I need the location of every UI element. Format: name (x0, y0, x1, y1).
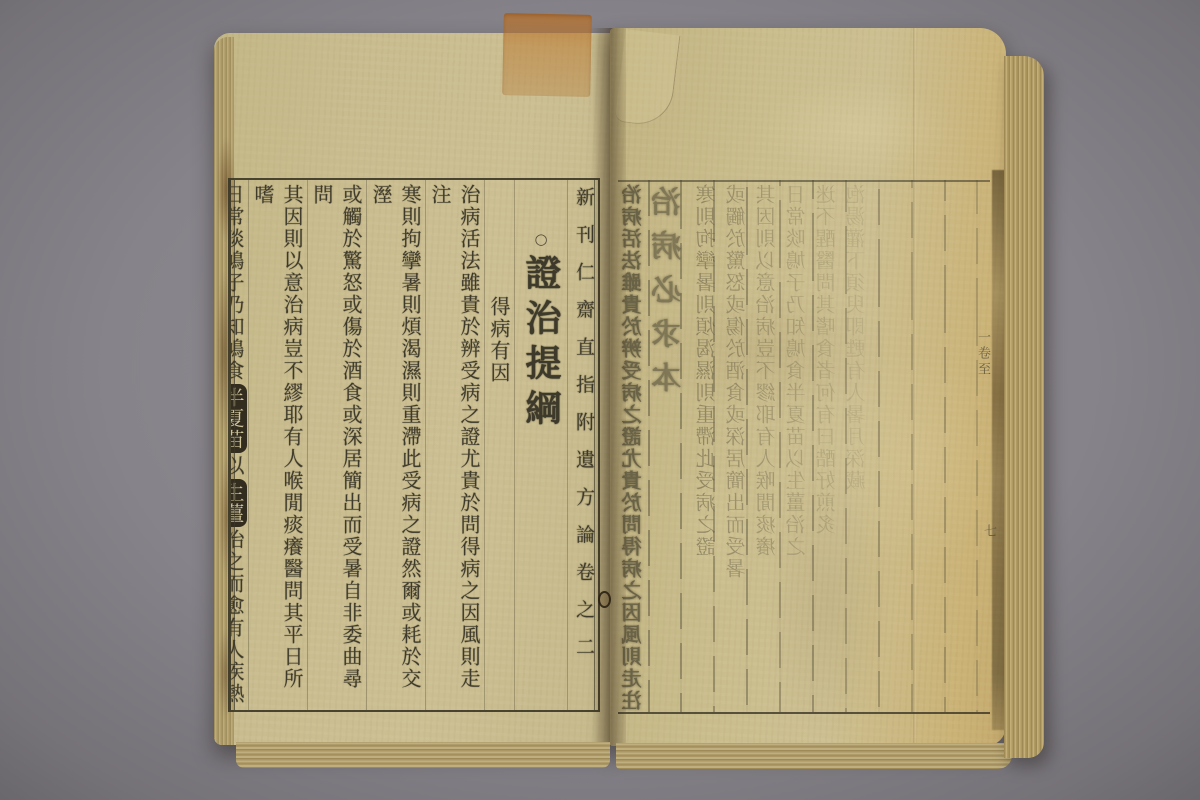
showthrough-column: 或觸於驚怒或傷於酒食或深居簡出而受暑 (722, 180, 752, 712)
column-rule-line (911, 180, 913, 712)
drug-name-cartouche: 半夏苗 (228, 384, 247, 453)
column-text: 以 (228, 455, 245, 477)
showthrough-columns: 治病活法雖貴於辨受病之證尤貴於問得病之因風則走注治病必求本寒則拘攣暑則煩渴濕則重… (618, 180, 872, 712)
section-circle-mark: ○ (532, 230, 550, 254)
column-rule-line (845, 180, 847, 712)
column-rule-line (680, 180, 682, 712)
paper-texture (610, 28, 1006, 746)
text-column: 或觸於驚怒或傷於酒食或深居簡出而受暑自非委曲尋問 (307, 180, 366, 710)
showthrough-column: 寒則拘攣暑則煩渴濕則重滯此受病之證 (692, 180, 722, 712)
column-text: 得病有因 (487, 296, 511, 384)
showthrough-column: 迷不醒醫問其嗜食者何有曰酷好煎炙 (812, 180, 842, 712)
subsection-header-column: 得病有因 (484, 180, 514, 710)
binding-stitch-hole (598, 591, 611, 608)
repair-tape-strip (502, 13, 592, 97)
text-column: 其因則以意治病豈不繆耶有人喉閒痰癢醫問其平日所嗜 (248, 180, 307, 710)
chapter-title-column: 新刊仁齋直指附遺方論卷之二 (567, 180, 598, 710)
text-column: 日常啖鳩子乃知鳩食半夏苗以生薑治之而愈有人疾熱昏 (228, 180, 248, 710)
column-text: 日常啖鳩子乃知鳩食 (228, 184, 245, 382)
left-page: 新刊仁齋直指附遺方論卷之二 ○證治提綱 得病有因治病活法雖貴於辨受病之證尤貴於問… (214, 33, 612, 745)
bottom-edge-page-stack-right (616, 743, 1012, 769)
paper-tear (615, 29, 681, 128)
right-page: 治病活法雖貴於辨受病之證尤貴於問得病之因風則走注治病必求本寒則拘攣暑則煩渴濕則重… (610, 28, 1006, 746)
column-text: 寒則拘攣暑則煩渴濕則重滯此受病之證然爾或耗於交溼 (369, 184, 422, 690)
column-rule-line (746, 180, 748, 712)
showthrough-column: 治病活法雖貴於辨受病之證尤貴於問得病之因風則走注 (618, 180, 648, 712)
column-rule-line (944, 180, 946, 712)
column-rule-line (812, 180, 814, 712)
text-column: 寒則拘攣暑則煩渴濕則重滯此受病之證然爾或耗於交溼 (366, 180, 425, 710)
showthrough-frame-bottom-line (618, 712, 990, 714)
fore-edge-volume-label: 一卷至 (973, 330, 992, 378)
bottom-edge-page-stack-left (236, 742, 610, 768)
paper-crumple-texture (610, 28, 1006, 746)
column-text: 治病活法雖貴於辨受病之證尤貴於問得病之因風則走注 (428, 184, 481, 690)
drug-name-cartouche: 生薑 (228, 479, 247, 527)
column-text: 或觸於驚怒或傷於酒食或深居簡出而受暑自非委曲尋問 (310, 184, 363, 690)
showthrough-column: 其因則以意治病豈不繆耶有人喉閒痰癢 (752, 180, 782, 712)
column-rule-line (976, 180, 978, 712)
section-title-column: ○證治提綱 (514, 180, 567, 710)
column-rule-line (648, 180, 650, 712)
column-rule-line (878, 180, 880, 712)
column-text: 其因則以意治病豈不繆耶有人喉閒痰癢醫問其平日所嗜 (251, 184, 304, 690)
showthrough-frame-top-line (618, 180, 990, 182)
showthrough-column: 日常啖鳩子乃知鳩食半夏苗以生薑治之 (782, 180, 812, 712)
fore-edge-page-number: 七 (979, 524, 998, 540)
column-rule-line (713, 180, 715, 712)
paper-crease (913, 28, 916, 746)
showthrough-column: 治病必求本 (648, 180, 692, 712)
showthrough-column: 泡湯灌下須臾即甦有人暑月深藏 (842, 180, 872, 712)
book-photograph: 新刊仁齋直指附遺方論卷之二 ○證治提綱 得病有因治病活法雖貴於辨受病之證尤貴於問… (0, 0, 1200, 800)
showthrough-column-rules (618, 180, 994, 712)
printed-text-frame: 新刊仁齋直指附遺方論卷之二 ○證治提綱 得病有因治病活法雖貴於辨受病之證尤貴於問… (228, 178, 600, 712)
fore-edge-page-stack (1004, 56, 1044, 758)
column-rule-line (779, 180, 781, 712)
text-column: 治病活法雖貴於辨受病之證尤貴於問得病之因風則走注 (425, 180, 484, 710)
section-title: 證治提綱 (520, 254, 562, 434)
